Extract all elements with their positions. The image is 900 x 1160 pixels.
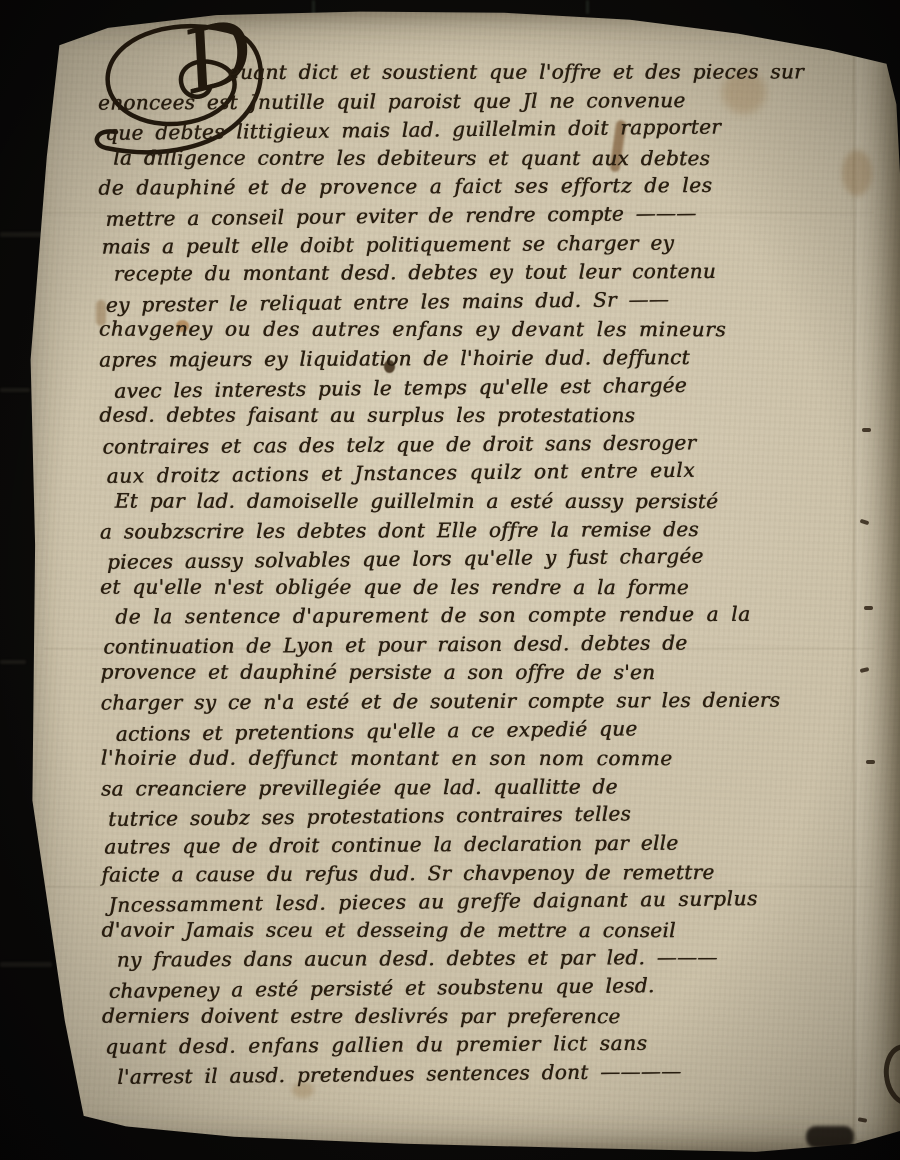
- manuscript-text: euant dict et soustient que l'offre et d…: [98, 56, 862, 1089]
- manuscript-line: derniers doivent estre deslivrés par pre…: [102, 1001, 862, 1030]
- ink-stroke-tip: [864, 606, 873, 610]
- manuscript-line: continuation de Lyon et pour raison desd…: [103, 627, 860, 661]
- manuscript-line: desd. debtes faisant au surplus les prot…: [99, 401, 859, 430]
- fold-band-right: [857, 40, 900, 1140]
- manuscript-line: pieces aussy solvables que lors qu'elle …: [107, 540, 860, 576]
- manuscript-line: chavpeney a esté persisté et soubstenu q…: [109, 969, 862, 1005]
- manuscript-line: Jncessamment lesd. pieces au greffe daig…: [108, 883, 861, 919]
- manuscript-line: que debtes littigieux mais lad. guillelm…: [105, 111, 858, 147]
- manuscript-line: actions et pretentions qu'elle a ce expe…: [116, 712, 861, 748]
- mount-scratch: [0, 660, 26, 664]
- mount-scratch: [0, 232, 46, 237]
- photo-background: D euant dict et soustient que l'offre et…: [0, 0, 900, 1160]
- mount-scratch: [0, 962, 52, 967]
- mount-seam: [586, 0, 589, 14]
- manuscript-line: aux droitz actions et Jnstances quilz on…: [106, 454, 859, 490]
- manuscript-line: la dilligence contre les debiteurs et qu…: [113, 143, 858, 172]
- ink-stroke-tip: [862, 428, 871, 432]
- mount-scratch: [0, 388, 30, 392]
- manuscript-line: provence et dauphiné persiste a son offr…: [100, 658, 860, 687]
- manuscript-line: de la sentence d'apurement de son compte…: [115, 600, 860, 632]
- manuscript-line: Et par lad. damoiselle guillelmin a esté…: [115, 487, 860, 516]
- manuscript-line: euant dict et soustient que l'offre et d…: [228, 57, 858, 86]
- manuscript-line: l'hoirie dud. deffunct montant en son no…: [101, 744, 861, 773]
- manuscript-line: autres que de droit continue la declarat…: [104, 827, 861, 861]
- manuscript-line: et qu'elle n'est obligée que de les rend…: [100, 572, 860, 601]
- manuscript-line: chavgeney ou des autres enfans ey devant…: [99, 315, 859, 344]
- manuscript-line: mais a peult elle doibt politiquement se…: [101, 227, 858, 261]
- edge-blot: [806, 1126, 854, 1148]
- ink-stroke-tip: [866, 760, 875, 764]
- manuscript-line: avec les interests puis le temps qu'elle…: [114, 369, 859, 405]
- manuscript-page: D euant dict et soustient que l'offre et…: [0, 0, 900, 1160]
- manuscript-line: d'avoir Jamais sceu et desseing de mettr…: [102, 915, 862, 944]
